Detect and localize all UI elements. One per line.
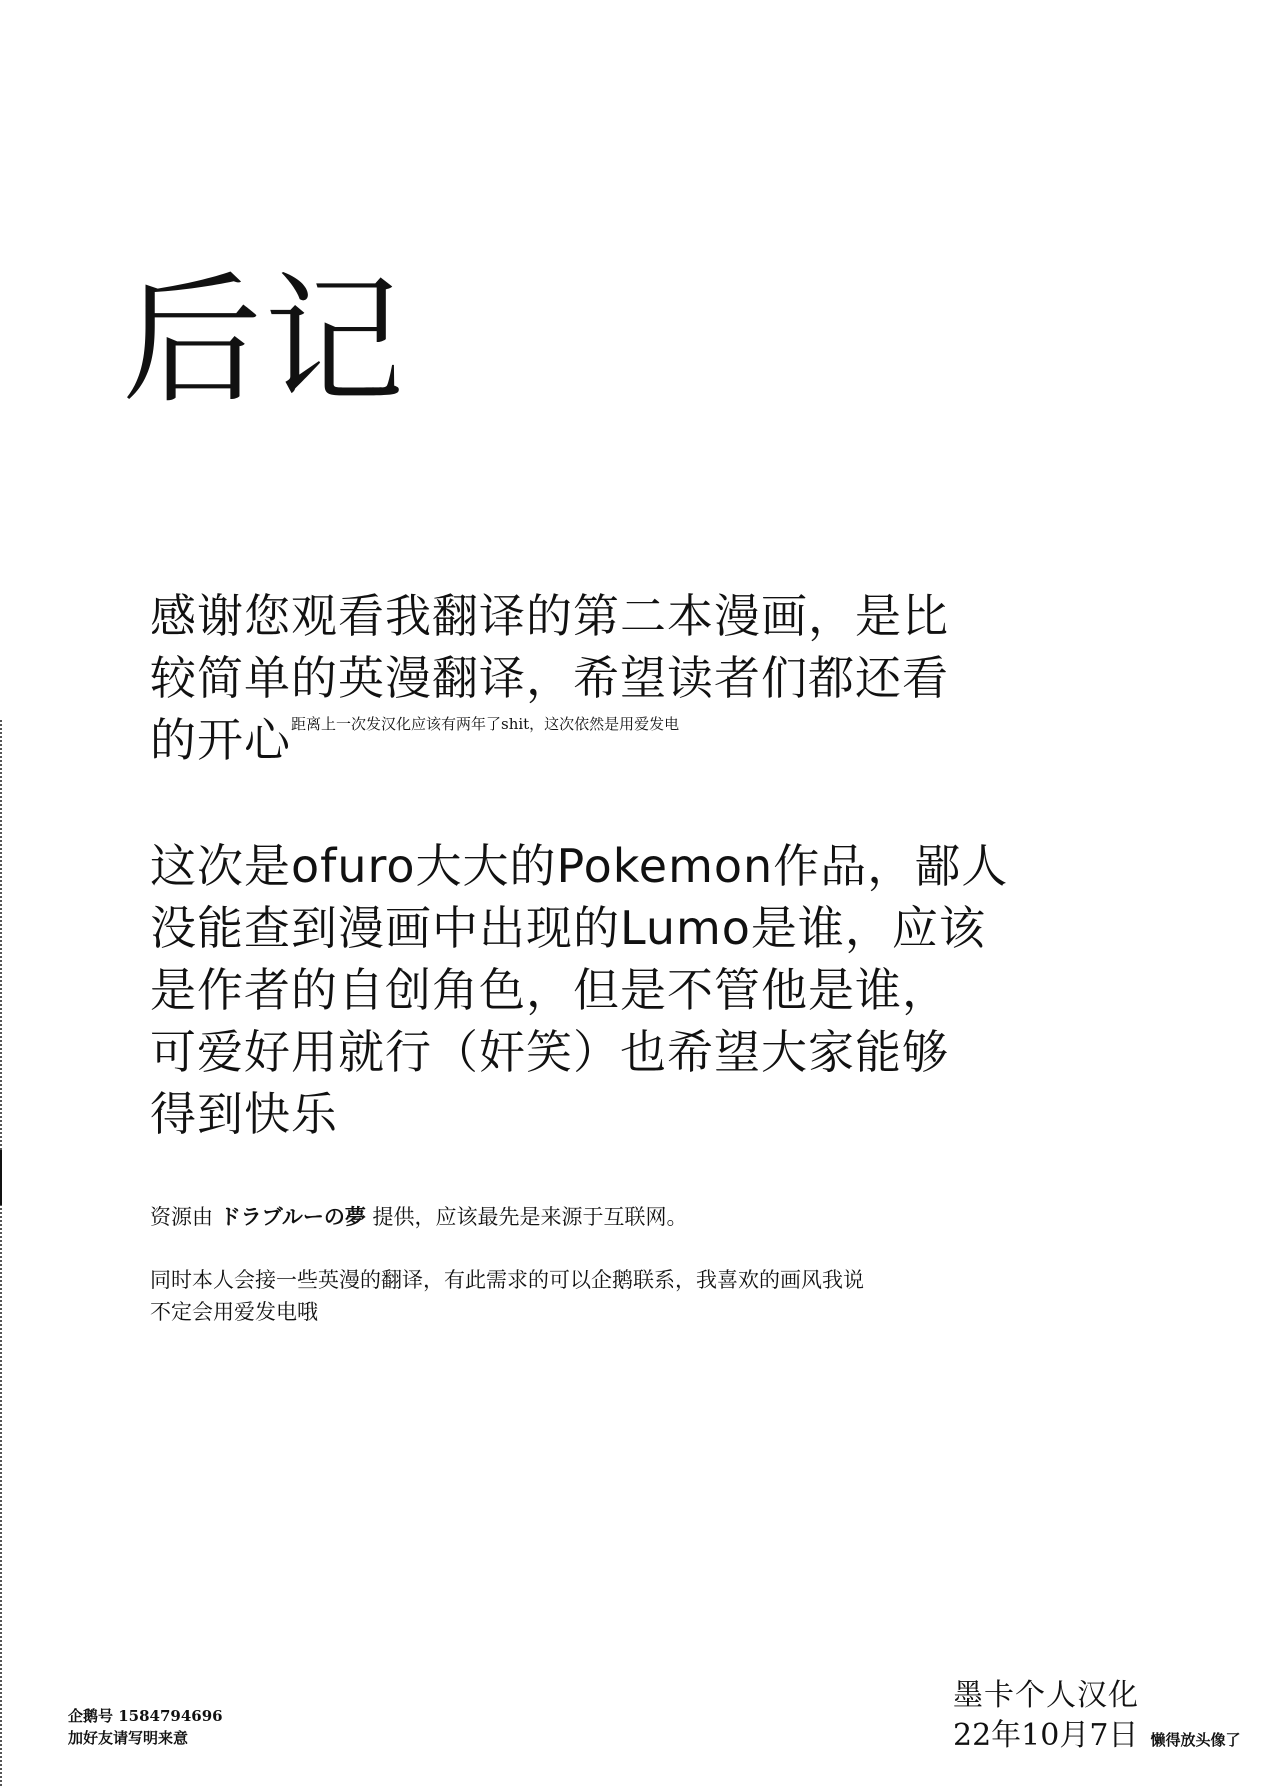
service-line-2: 不定会用爱发电哦 (150, 1296, 1050, 1328)
signature-date: 22年10月7日 (953, 1716, 1138, 1756)
source-prefix: 资源由 (150, 1205, 220, 1229)
about-work-paragraph: 这次是ofuro大大的Pokemon作品，鄙人 没能查到漫画中出现的Lumo是谁… (150, 835, 1030, 1145)
aside-note: 距离上一次发汉化应该有两年了shit，这次依然是用爱发电 (291, 715, 679, 733)
service-note: 同时本人会接一些英漫的翻译，有此需求的可以企鹅联系，我喜欢的画风我说 不定会用爱… (150, 1264, 1050, 1328)
page-edge-mark (0, 1150, 2, 1205)
translator-group: 墨卡个人汉化 (953, 1676, 1240, 1716)
signature-note: 懒得放头像了 (1150, 1731, 1240, 1749)
thanks-line-3-text: 的开心 (150, 713, 291, 767)
about-line-2: 没能查到漫画中出现的Lumo是谁，应该 (150, 897, 1030, 959)
signature-block: 墨卡个人汉化 22年10月7日懒得放头像了 (953, 1676, 1240, 1756)
page-edge-dotted-border (0, 720, 4, 1786)
source-name: ドラブルーの夢 (220, 1205, 366, 1229)
contact-note: 加好友请写明来意 (68, 1727, 223, 1749)
source-suffix: 提供，应该最先是来源于互联网。 (366, 1205, 688, 1229)
thanks-line-3: 的开心距离上一次发汉化应该有两年了shit，这次依然是用爱发电 (150, 709, 1030, 771)
about-line-1: 这次是ofuro大大的Pokemon作品，鄙人 (150, 835, 1030, 897)
thanks-line-2: 较简单的英漫翻译，希望读者们都还看 (150, 647, 1030, 709)
service-line-1: 同时本人会接一些英漫的翻译，有此需求的可以企鹅联系，我喜欢的画风我说 (150, 1264, 1050, 1296)
page-title: 后记 (122, 262, 406, 422)
thanks-paragraph: 感谢您观看我翻译的第二本漫画，是比 较简单的英漫翻译，希望读者们都还看 的开心距… (150, 585, 1030, 771)
contact-info: 企鹅号 1584794696 加好友请写明来意 (68, 1705, 223, 1749)
about-line-5: 得到快乐 (150, 1083, 1030, 1145)
qq-number: 企鹅号 1584794696 (68, 1705, 223, 1727)
about-line-3: 是作者的自创角色，但是不管他是谁， (150, 959, 1030, 1021)
thanks-line-1: 感谢您观看我翻译的第二本漫画，是比 (150, 585, 1030, 647)
about-line-4: 可爱好用就行（奸笑）也希望大家能够 (150, 1021, 1030, 1083)
source-note: 资源由 ドラブルーの夢 提供，应该最先是来源于互联网。 (150, 1201, 1050, 1233)
